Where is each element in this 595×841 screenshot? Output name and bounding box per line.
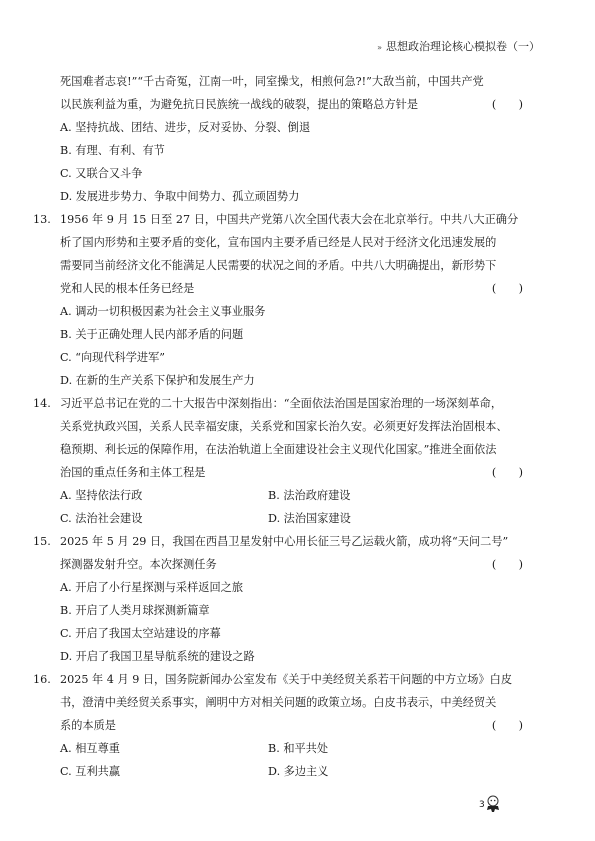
mascot-icon: [486, 795, 500, 813]
question-text-line: 以民族利益为重，为避免抗日民族统一战线的破裂，提出的策略总方针是( ): [60, 93, 535, 116]
option-d: D. 开启了我国卫星导航系统的建设之路: [60, 645, 535, 668]
answer-paren: ( ): [492, 714, 523, 737]
page-number: 3: [479, 800, 485, 810]
question-number: 14.: [33, 392, 51, 415]
question-16: 16. 2025 年 4 月 9 日，国务院新闻办公室发布《关于中美经贸关系若干…: [60, 668, 535, 783]
question-12-continued: 死国难者志哀!”“千古奇冤，江南一叶，同室操戈，相煎何急?!”大敌当前，中国共产…: [60, 70, 535, 208]
question-text-line: 党和人民的根本任务已经是( ): [60, 277, 535, 300]
option-b: B. 和平共处: [268, 737, 476, 760]
option-a: A. 调动一切积极因素为社会主义事业服务: [60, 300, 535, 323]
question-number: 15.: [33, 530, 51, 553]
question-text-line: 书，澄清中美经贸关系事实，阐明中方对相关问题的政策立场。白皮书表示，中美经贸关: [60, 691, 535, 714]
option-c: C. “向现代科学进军”: [60, 346, 535, 369]
option-d: D. 法治国家建设: [268, 507, 476, 530]
option-b: B. 法治政府建设: [268, 484, 476, 507]
question-13: 13. 1956 年 9 月 15 日至 27 日，中国共产党第八次全国代表大会…: [60, 208, 535, 392]
answer-paren: ( ): [492, 553, 523, 576]
question-text-line: 需要同当前经济文化不能满足人民需要的状况之间的矛盾。中共八大明确提出，新形势下: [60, 254, 535, 277]
exam-content: 死国难者志哀!”“千古奇冤，江南一叶，同室操戈，相煎何急?!”大敌当前，中国共产…: [60, 70, 535, 783]
header-title: 思想政治理论核心模拟卷（一）: [386, 40, 540, 53]
option-a: A. 坚持抗战、团结、进步，反对妥协、分裂、倒退: [60, 116, 535, 139]
question-number: 13.: [33, 208, 51, 231]
option-c: C. 又联合又斗争: [60, 162, 535, 185]
question-text-line: 2025 年 4 月 9 日，国务院新闻办公室发布《关于中美经贸关系若干问题的中…: [60, 668, 535, 691]
option-d: D. 多边主义: [268, 760, 476, 783]
question-14: 14. 习近平总书记在党的二十大报告中深刻指出：“全面依法治国是国家治理的一场深…: [60, 392, 535, 530]
question-text-line: 1956 年 9 月 15 日至 27 日，中国共产党第八次全国代表大会在北京举…: [60, 208, 535, 231]
question-text-line: 2025 年 5 月 29 日，我国在西昌卫星发射中心用长征三号乙运载火箭，成功…: [60, 530, 535, 553]
question-text-line: 关系党执政兴国，关系人民幸福安康，关系党和国家长治久安。必须更好发挥法治固根本、: [60, 415, 535, 438]
question-text-line: 析了国内形势和主要矛盾的变化，宣布国内主要矛盾已经是人民对于经济文化迅速发展的: [60, 231, 535, 254]
question-text-line: 治国的重点任务和主体工程是( ): [60, 461, 535, 484]
answer-paren: ( ): [492, 93, 523, 116]
question-text-line: 系的本质是( ): [60, 714, 535, 737]
question-text-line: 习近平总书记在党的二十大报告中深刻指出：“全面依法治国是国家治理的一场深刻革命，: [60, 392, 535, 415]
option-c: C. 互利共赢: [60, 760, 268, 783]
question-number: 16.: [33, 668, 51, 691]
option-d: D. 发展进步势力、争取中间势力、孤立顽固势力: [60, 185, 535, 208]
page-header: »思想政治理论核心模拟卷（一）: [377, 38, 540, 54]
option-c: C. 法治社会建设: [60, 507, 268, 530]
header-arrow-icon: »: [377, 43, 382, 52]
question-text-line: 稳预期、利长远的保障作用，在法治轨道上全面建设社会主义现代化国家。”推进全面依法: [60, 438, 535, 461]
option-b: B. 关于正确处理人民内部矛盾的问题: [60, 323, 535, 346]
answer-paren: ( ): [492, 461, 523, 484]
option-a: A. 相互尊重: [60, 737, 268, 760]
option-c: C. 开启了我国太空站建设的序幕: [60, 622, 535, 645]
option-b: B. 有理、有利、有节: [60, 139, 535, 162]
question-15: 15. 2025 年 5 月 29 日，我国在西昌卫星发射中心用长征三号乙运载火…: [60, 530, 535, 668]
answer-paren: ( ): [492, 277, 523, 300]
question-text-line: 死国难者志哀!”“千古奇冤，江南一叶，同室操戈，相煎何急?!”大敌当前，中国共产…: [60, 70, 535, 93]
option-d: D. 在新的生产关系下保护和发展生产力: [60, 369, 535, 392]
option-a: A. 开启了小行星探测与采样返回之旅: [60, 576, 535, 599]
option-b: B. 开启了人类月球探测新篇章: [60, 599, 535, 622]
question-text-line: 探测器发射升空。本次探测任务( ): [60, 553, 535, 576]
option-a: A. 坚持依法行政: [60, 484, 268, 507]
